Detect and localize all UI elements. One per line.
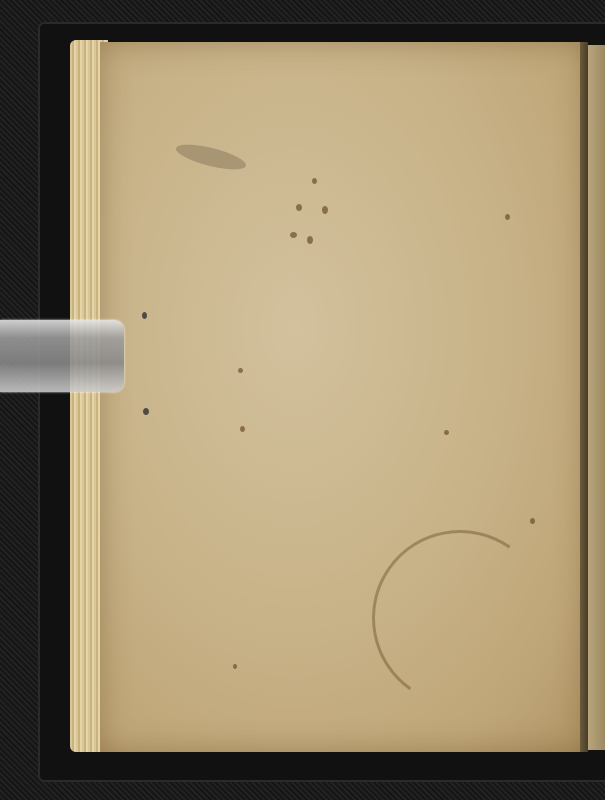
stain-spot (233, 664, 237, 669)
gutter (580, 42, 588, 752)
stain-spot (240, 426, 245, 432)
stain-spot (238, 368, 243, 373)
ink-spot (142, 312, 147, 319)
stain-spot (307, 236, 313, 244)
stain-spot (312, 178, 317, 184)
next-leaf-edge (588, 45, 605, 750)
page-clip (0, 320, 124, 392)
ink-spot (143, 408, 149, 415)
stain-spot (505, 214, 510, 220)
stain-spot (444, 430, 449, 435)
stain-spot (296, 204, 302, 211)
stain-spot (530, 518, 535, 524)
stain-spot (322, 206, 328, 214)
stain-spot (290, 232, 297, 238)
